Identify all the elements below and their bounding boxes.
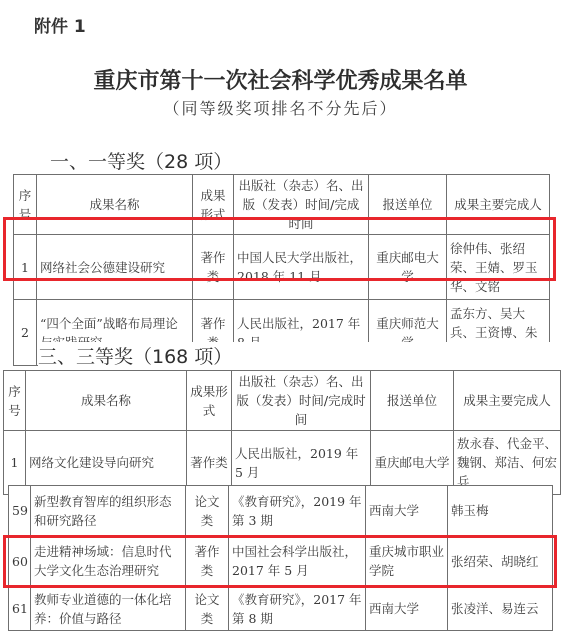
cell-form: 著作类 [186,536,229,587]
cell-seq: 60 [9,536,31,587]
cell-name: 走进精神场域：信息时代大学文化生态治理研究 [31,536,186,587]
table-row: 61 教师专业道德的一体化培养：价值与路径 论文类 《教育研究》，2017 年第… [9,587,553,631]
cell-publisher: 中国人民大学出版社，2018 年 11 月 [234,235,369,300]
col-header-unit: 报送单位 [371,371,454,431]
cell-seq: 61 [9,587,31,631]
col-header-unit: 报送单位 [369,175,447,235]
table-row: 60 走进精神场域：信息时代大学文化生态治理研究 著作类 中国社会科学出版社，2… [9,536,553,587]
first-prize-table: 序号 成果名称 成果形式 出版社（杂志）名、出版（发表）时间/完成时间 报送单位… [13,174,550,366]
section-heading-third-prize: 三、三等奖（168 项） [38,342,561,369]
cell-authors: 韩玉梅 [448,486,553,536]
document-subtitle: （同等级奖项排名不分先后） [0,96,561,119]
col-header-seq: 序号 [4,371,26,431]
cell-unit: 重庆城市职业学院 [366,536,448,587]
attachment-label: 附件 1 [34,12,86,37]
col-header-publisher: 出版社（杂志）名、出版（发表）时间/完成时间 [234,175,369,235]
cell-name: 教师专业道德的一体化培养：价值与路径 [31,587,186,631]
cell-publisher: 《教育研究》，2017 年第 8 期 [229,587,366,631]
col-header-seq: 序号 [14,175,37,235]
table-header-row: 序号 成果名称 成果形式 出版社（杂志）名、出版（发表）时间/完成时间 报送单位… [14,175,550,235]
col-header-authors: 成果主要完成人 [447,175,550,235]
cell-unit: 重庆邮电大学 [369,235,447,300]
col-header-name: 成果名称 [37,175,193,235]
cell-name: 新型教育智库的组织形态和研究路径 [31,486,186,536]
table-row: 59 新型教育智库的组织形态和研究路径 论文类 《教育研究》，2019 年第 3… [9,486,553,536]
cell-unit: 西南大学 [366,587,448,631]
col-header-name: 成果名称 [26,371,187,431]
cell-unit: 西南大学 [366,486,448,536]
cell-seq: 1 [14,235,37,300]
cell-authors: 张凌洋、易连云 [448,587,553,631]
col-header-publisher: 出版社（杂志）名、出版（发表）时间/完成时间 [232,371,371,431]
cell-publisher: 《教育研究》，2019 年第 3 期 [229,486,366,536]
col-header-authors: 成果主要完成人 [454,371,561,431]
col-header-form: 成果形式 [193,175,234,235]
cell-seq: 2 [14,300,37,366]
third-prize-table: 序号 成果名称 成果形式 出版社（杂志）名、出版（发表）时间/完成时间 报送单位… [3,370,561,495]
table-header-row: 序号 成果名称 成果形式 出版社（杂志）名、出版（发表）时间/完成时间 报送单位… [4,371,561,431]
col-header-form: 成果形式 [187,371,232,431]
cell-seq: 59 [9,486,31,536]
section-heading-first-prize: 一、一等奖（28 项） [50,147,238,174]
cell-form: 著作类 [193,235,234,300]
document-title: 重庆市第十一次社会科学优秀成果名单 [0,64,561,95]
cell-name: 网络社会公德建设研究 [37,235,193,300]
cell-authors: 张绍荣、胡晓红 [448,536,553,587]
cell-form: 论文类 [186,587,229,631]
cell-publisher: 中国社会科学出版社，2017 年 5 月 [229,536,366,587]
cell-form: 论文类 [186,486,229,536]
table-row: 1 网络社会公德建设研究 著作类 中国人民大学出版社，2018 年 11 月 重… [14,235,550,300]
cell-authors: 徐仲伟、张绍荣、王婧、罗玉华、文铭 [447,235,550,300]
third-prize-table-continued: 59 新型教育智库的组织形态和研究路径 论文类 《教育研究》，2019 年第 3… [8,485,553,631]
